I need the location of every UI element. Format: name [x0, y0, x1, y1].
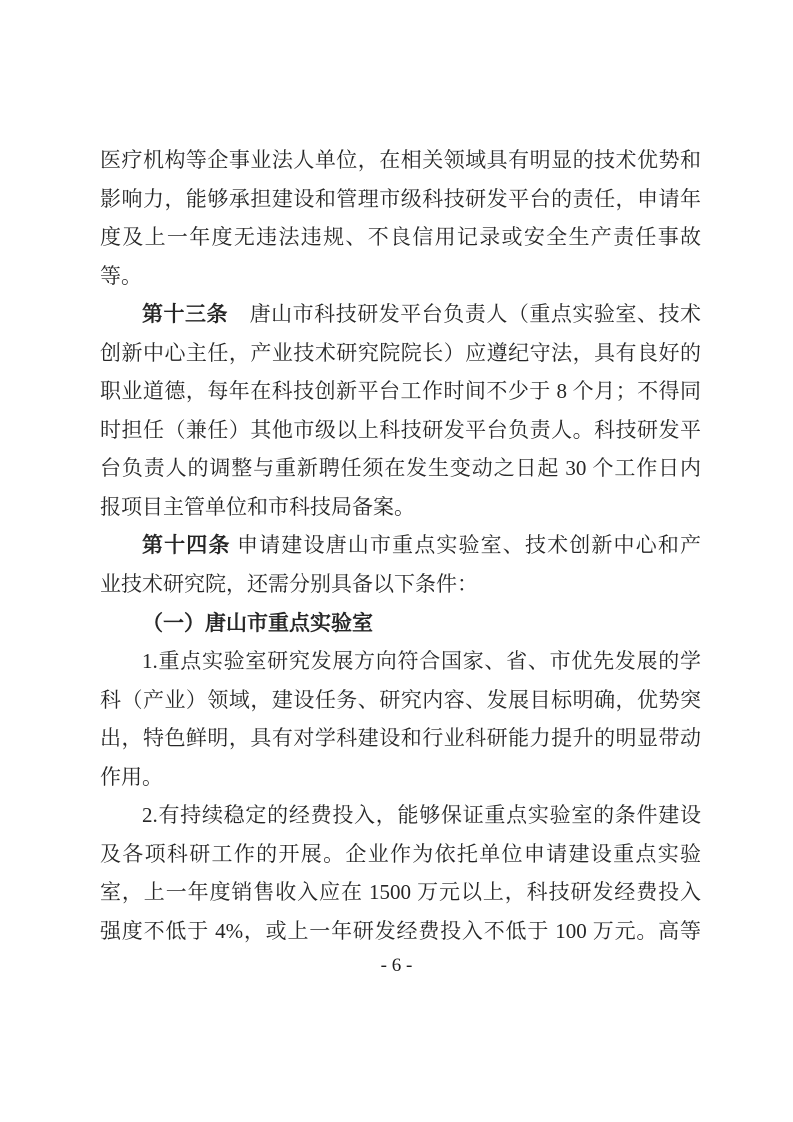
text-segment: 创新中心主任，产业技术研究院院长）应遵纪守法，具有良好的: [100, 341, 701, 365]
text-segment: 报项目主管单位和市科技局备案。: [100, 495, 415, 519]
text-segment: 2.有持续稳定的经费投入，能够保证重点实验室的条件建设: [142, 803, 701, 827]
text-segment: 室，上一年度销售收入应在 1500 万元以上，科技研发经费投入: [100, 880, 701, 904]
text-segment: 职业道德，每年在科技创新平台工作时间不少于 8 个月；不得同: [100, 379, 701, 403]
text-line: 台负责人的调整与重新聘任须在发生变动之日起 30 个工作日内: [100, 449, 701, 488]
text-segment: 出，特色鲜明，具有对学科建设和行业科研能力提升的明显带动: [100, 726, 701, 750]
text-line: 度及上一年度无违法违规、不良信用记录或安全生产责任事故: [100, 218, 701, 257]
text-line: 业技术研究院，还需分别具备以下条件：: [100, 565, 701, 604]
text-segment: 影响力，能够承担建设和管理市级科技研发平台的责任，申请年: [100, 187, 701, 211]
document-body: 医疗机构等企事业法人单位，在相关领域具有明显的技术优势和影响力，能够承担建设和管…: [100, 141, 701, 950]
text-line: （一）唐山市重点实验室: [100, 604, 701, 643]
document-page: 医疗机构等企事业法人单位，在相关领域具有明显的技术优势和影响力，能够承担建设和管…: [0, 0, 793, 1122]
text-line: 室，上一年度销售收入应在 1500 万元以上，科技研发经费投入: [100, 873, 701, 912]
text-segment: 度及上一年度无违法违规、不良信用记录或安全生产责任事故: [100, 225, 701, 249]
text-line: 作用。: [100, 758, 701, 797]
text-line: 2.有持续稳定的经费投入，能够保证重点实验室的条件建设: [100, 796, 701, 835]
text-segment: 等。: [100, 264, 142, 288]
text-segment: 强度不低于 4%，或上一年研发经费投入不低于 100 万元。高等: [100, 919, 701, 943]
text-line: 科（产业）领域，建设任务、研究内容、发展目标明确，优势突: [100, 681, 701, 720]
text-line: 1.重点实验室研究发展方向符合国家、省、市优先发展的学: [100, 642, 701, 681]
text-segment: 申请建设唐山市重点实验室、技术创新中心和产: [231, 533, 701, 557]
text-line: 强度不低于 4%，或上一年研发经费投入不低于 100 万元。高等: [100, 912, 701, 951]
text-line: 医疗机构等企事业法人单位，在相关领域具有明显的技术优势和: [100, 141, 701, 180]
text-segment: 科（产业）领域，建设任务、研究内容、发展目标明确，优势突: [100, 688, 701, 712]
text-line: 职业道德，每年在科技创新平台工作时间不少于 8 个月；不得同: [100, 372, 701, 411]
text-line: 创新中心主任，产业技术研究院院长）应遵纪守法，具有良好的: [100, 334, 701, 373]
text-segment: 作用。: [100, 765, 163, 789]
text-segment: 时担任（兼任）其他市级以上科技研发平台负责人。科技研发平: [100, 418, 701, 442]
text-line: 时担任（兼任）其他市级以上科技研发平台负责人。科技研发平: [100, 411, 701, 450]
text-line: 第十四条 申请建设唐山市重点实验室、技术创新中心和产: [100, 526, 701, 565]
text-segment: 第十四条: [142, 533, 231, 557]
text-line: 等。: [100, 257, 701, 296]
text-line: 报项目主管单位和市科技局备案。: [100, 488, 701, 527]
text-line: 影响力，能够承担建设和管理市级科技研发平台的责任，申请年: [100, 180, 701, 219]
text-segment: 1.重点实验室研究发展方向符合国家、省、市优先发展的学: [142, 649, 701, 673]
text-segment: 业技术研究院，还需分别具备以下条件：: [100, 572, 478, 596]
text-line: 第十三条 唐山市科技研发平台负责人（重点实验室、技术: [100, 295, 701, 334]
text-segment: （一）唐山市重点实验室: [142, 611, 373, 635]
text-segment: 台负责人的调整与重新聘任须在发生变动之日起 30 个工作日内: [100, 456, 701, 480]
text-line: 出，特色鲜明，具有对学科建设和行业科研能力提升的明显带动: [100, 719, 701, 758]
text-line: 及各项科研工作的开展。企业作为依托单位申请建设重点实验: [100, 835, 701, 874]
text-segment: 及各项科研工作的开展。企业作为依托单位申请建设重点实验: [100, 842, 701, 866]
text-segment: 第十三条: [142, 302, 228, 326]
text-segment: 唐山市科技研发平台负责人（重点实验室、技术: [228, 302, 701, 326]
page-number: - 6 -: [0, 952, 793, 980]
text-segment: 医疗机构等企事业法人单位，在相关领域具有明显的技术优势和: [100, 148, 701, 172]
